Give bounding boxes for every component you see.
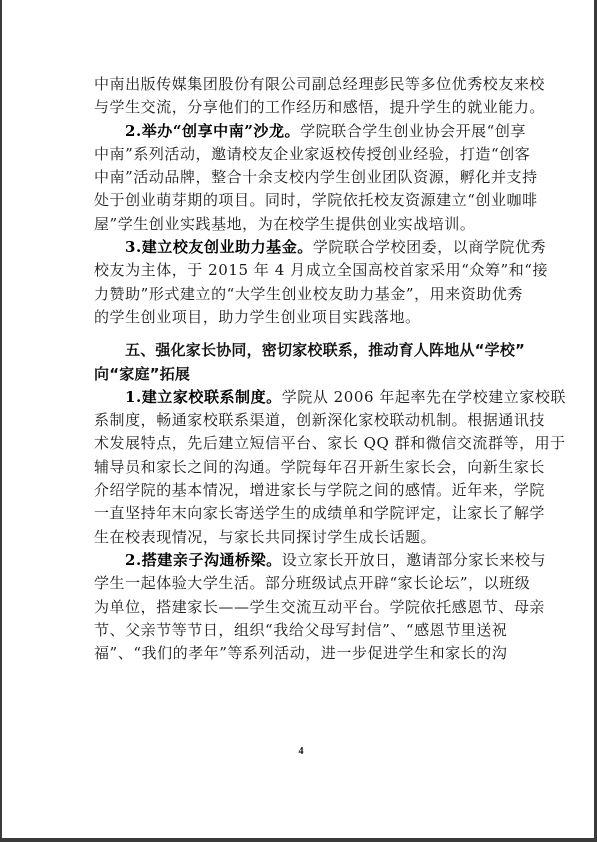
item-3-first-line: 3.建立校友创业助力基金。学院联合学校团委，以商学院优秀: [94, 236, 504, 259]
text-line: 中南出版传媒集团股份有限公司副总经理彭民等多位优秀校友来校: [94, 73, 504, 96]
text-line: 力赞助”形式建立的“大学生创业校友助力基金”，用来资助优秀: [94, 283, 504, 306]
text-line: 的学生创业项目，助力学生创业项目实践落地。: [94, 306, 504, 329]
text-line: 中南”活动品牌，整合十余支校内学生创业团队资源，孵化并支持: [94, 166, 504, 189]
text-line: 学生一起体验大学生活。部分班级试点开辟“家长论坛”，以班级: [94, 572, 504, 595]
s5-item-1-title: 1.建立家校联系制度。: [125, 388, 282, 406]
section-spacer: [94, 329, 504, 339]
text-line: 校友为主体，于 2015 年 4 月成立全国高校首家采用“众筹”和“接: [94, 259, 504, 282]
s5-item-2-title: 2.搭建亲子沟通桥梁。: [125, 551, 282, 569]
s5-item-2-first-line: 2.搭建亲子沟通桥梁。设立家长开放日，邀请部分家长来校与: [94, 549, 504, 572]
text-line: 辅导员和家长之间的沟通。学院每年召开新生家长会，向新生家长: [94, 456, 504, 479]
text-line: 系制度，畅通家校联系渠道，创新深化家校联动机制。根据通讯技: [94, 409, 504, 432]
s5-item-2-text: 设立家长开放日，邀请部分家长来校与: [282, 551, 546, 569]
text-line: 中南”系列活动，邀请校友企业家返校传授创业经验，打造“创客: [94, 143, 504, 166]
item-3-title: 3.建立校友创业助力基金。: [125, 238, 313, 256]
text-line: 生在校表现情况，与家长共同探讨学生成长话题。: [94, 526, 504, 549]
text-line: 与学生交流，分享他们的工作经历和感悟，提升学生的就业能力。: [94, 96, 504, 119]
page-number: 4: [294, 746, 308, 757]
text-line: 福”、“我们的孝年”等系列活动，进一步促进学生和家长的沟: [94, 642, 504, 665]
text-line: 节、父亲节等节日，组织“我给父母写封信”、“感恩节里送祝: [94, 619, 504, 642]
item-2-first-line: 2.举办“创享中南”沙龙。学院联合学生创业协会开展“创享: [94, 120, 504, 143]
section-5-heading-line-1: 五、强化家长协同，密切家校联系，推动育人阵地从“学校”: [94, 339, 504, 362]
item-2-text: 学院联合学生创业协会开展“创享: [300, 122, 526, 140]
text-line: 处于创业萌芽期的项目。同时，学院依托校友资源建立“创业咖啡: [94, 189, 504, 212]
section-5-heading-line-2: 向“家庭”拓展: [94, 363, 504, 386]
text-line: 一直坚持年末向家长寄送学生的成绩单和学院评定，让家长了解学: [94, 502, 504, 525]
text-line: 屋”学生创业实践基地，为在校学生提供创业实战培训。: [94, 213, 504, 236]
text-line: 介绍学院的基本情况，增进家长与学院之间的感情。近年来，学院: [94, 479, 504, 502]
s5-item-1-text: 学院从 2006 年起率先在学校建立家校联: [282, 388, 566, 406]
text-line: 术发展特点，先后建立短信平台、家长 QQ 群和微信交流群等，用于: [94, 432, 504, 455]
document-page: 中南出版传媒集团股份有限公司副总经理彭民等多位优秀校友来校 与学生交流，分享他们…: [0, 0, 597, 842]
text-line: 为单位，搭建家长——学生交流互动平台。学院依托感恩节、母亲: [94, 596, 504, 619]
page-body: 中南出版传媒集团股份有限公司副总经理彭民等多位优秀校友来校 与学生交流，分享他们…: [94, 73, 504, 665]
s5-item-1-first-line: 1.建立家校联系制度。学院从 2006 年起率先在学校建立家校联: [94, 386, 504, 409]
item-3-text: 学院联合学校团委，以商学院优秀: [313, 238, 546, 256]
item-2-title: 2.举办“创享中南”沙龙。: [125, 122, 300, 140]
